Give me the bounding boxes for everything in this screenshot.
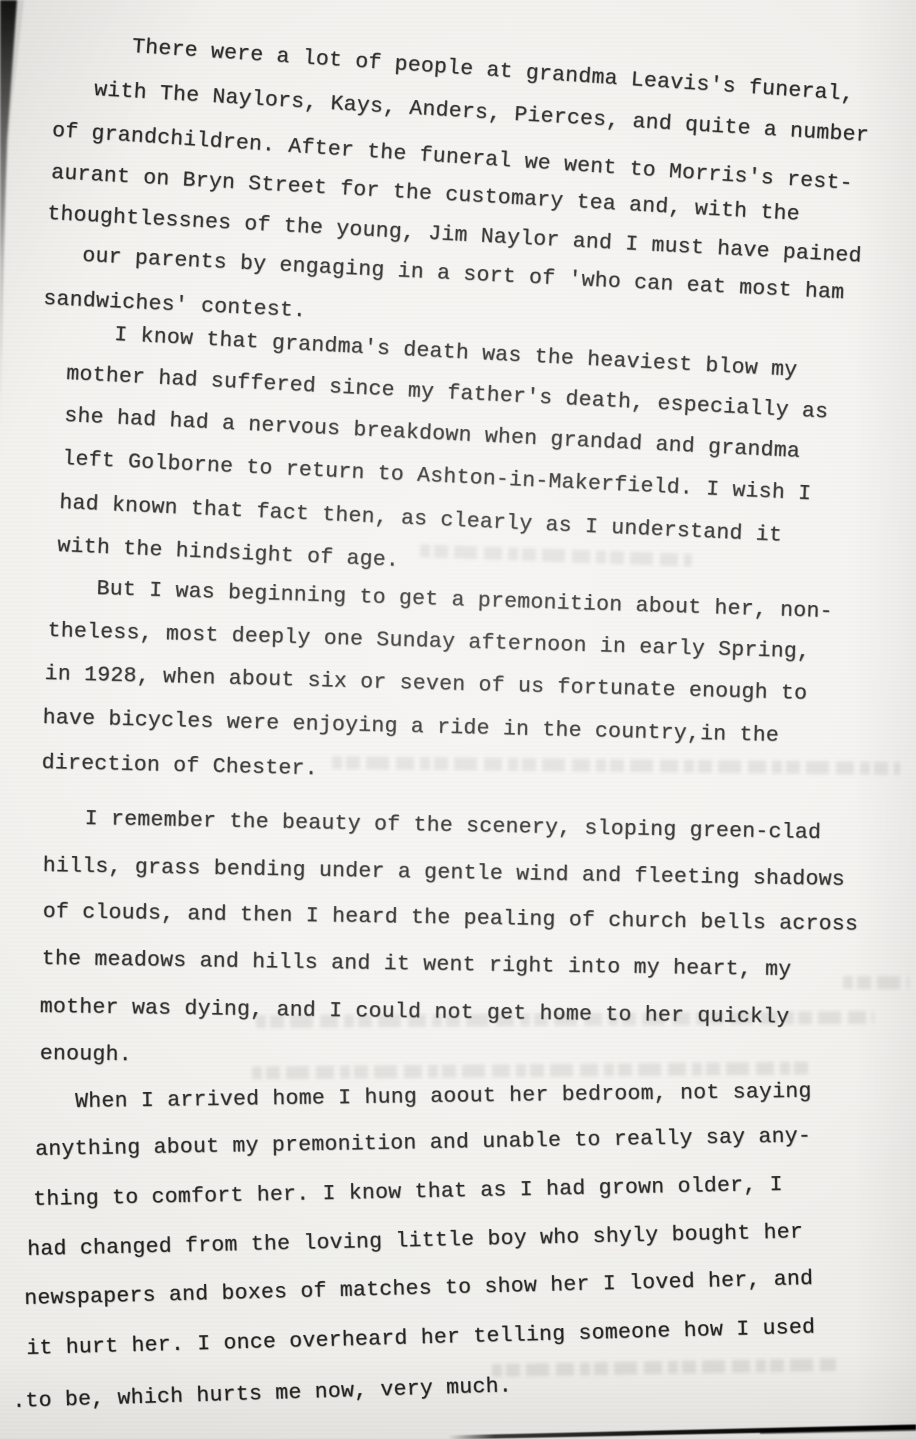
- page-bottom-edge: [0, 1410, 916, 1439]
- text-line: sandwiches' contest.: [43, 286, 307, 324]
- text-line: in 1928, when about six or seven of us f…: [44, 661, 807, 707]
- text-line: mother was dying, and I could not get ho…: [40, 994, 790, 1030]
- text-line: hills, grass bending under a gentle wind…: [43, 853, 846, 893]
- text-line: I remember the beauty of the scenery, sl…: [85, 806, 822, 846]
- text-line: enough.: [40, 1041, 132, 1068]
- bleed-through-smudge: [332, 756, 900, 775]
- bleed-through-smudge: [843, 976, 909, 989]
- text-line: theless, most deeply one Sunday afternoo…: [47, 618, 810, 665]
- bleed-through-smudge: [252, 1062, 808, 1080]
- text-line: of clouds, and then I heard the pealing …: [43, 899, 859, 938]
- text-line: newspapers and boxes of matches to show …: [24, 1266, 814, 1312]
- bleed-through-smudge: [492, 1358, 836, 1377]
- text-line: But I was beginning to get a premonition…: [96, 576, 833, 625]
- text-line: had changed from the loving little boy w…: [27, 1219, 803, 1263]
- text-line: it hurt her. I once overheard her tellin…: [26, 1315, 816, 1362]
- text-line: have bicycles were enjoying a ride in th…: [42, 705, 779, 749]
- bleed-through-smudge: [420, 544, 692, 566]
- text-line: with the hindsight of age.: [57, 533, 400, 574]
- text-line: When I arrived home I hung aoout her bed…: [75, 1079, 812, 1115]
- text-line: the meadows and hills and it went right …: [42, 946, 792, 983]
- text-line: thing to comfort her. I know that as I h…: [33, 1172, 783, 1213]
- scanned-typewritten-page: There were a lot of people at grandma Le…: [0, 0, 916, 1439]
- text-line: direction of Chester.: [41, 750, 318, 782]
- text-line: .to be, which hurts me now, very much.: [12, 1373, 512, 1415]
- text-line: anything about my premonition and unable…: [35, 1123, 811, 1163]
- gutter-shadow: [0, 0, 32, 440]
